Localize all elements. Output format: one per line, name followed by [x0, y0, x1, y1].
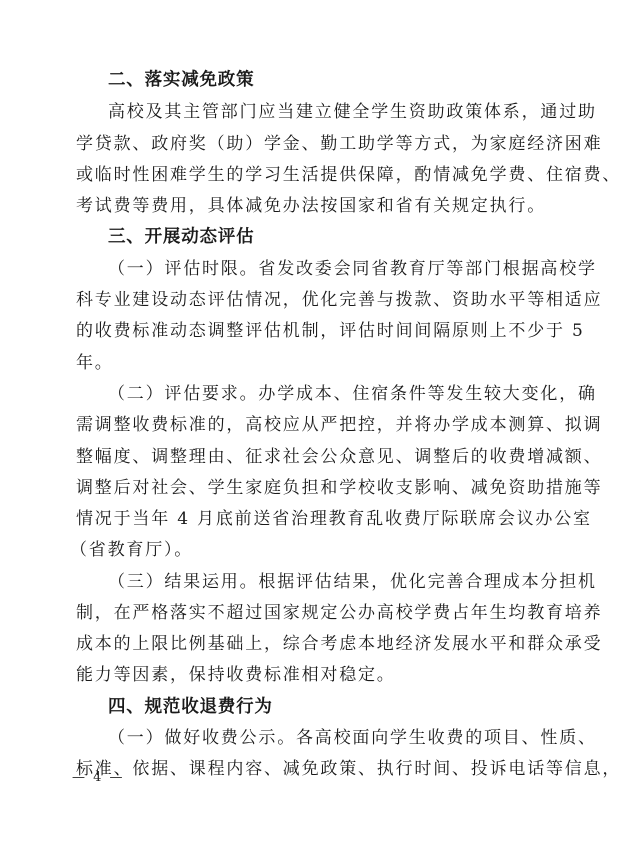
- paragraph-line: 的收费标准动态调整评估机制，评估时间间隔原则上不少于 5: [76, 318, 585, 344]
- paragraph-line: 高校及其主管部门应当建立健全学生资助政策体系，通过助: [108, 99, 597, 125]
- paragraph-line: 年。: [76, 350, 114, 376]
- paragraph-line: 成本的上限比例基础上，综合考虑本地经济发展水平和群众承受: [76, 631, 602, 657]
- paragraph-line: 标准、依据、课程内容、减免政策、执行时间、投诉电话等信息，: [76, 756, 621, 782]
- paragraph-line: （省教育厅）。: [70, 537, 193, 563]
- section-heading: 三、开展动态评估: [108, 224, 254, 250]
- paragraph-line: 能力等因素，保持收费标准相对稳定。: [76, 662, 396, 688]
- page-number: — 4 —: [72, 770, 125, 785]
- paragraph-line: （一）评估时限。省发改委会同省教育厅等部门根据高校学: [108, 256, 597, 282]
- paragraph-line: 学贷款、政府奖（助）学金、勤工助学等方式，为家庭经济困难: [76, 131, 602, 157]
- section-heading: 四、规范收退费行为: [108, 694, 273, 720]
- paragraph-line: 调整后对社会、学生家庭负担和学校收支影响、减免资助措施等: [76, 475, 602, 501]
- paragraph-line: （一）做好收费公示。各高校面向学生收费的项目、性质、: [108, 725, 597, 751]
- paragraph-line: （二）评估要求。办学成本、住宿条件等发生较大变化，确: [108, 381, 597, 407]
- paragraph-line: 整幅度、调整理由、征求社会公众意见、调整后的收费增减额、: [76, 444, 602, 470]
- paragraph-line: 考试费等费用，具体减免办法按国家和省有关规定执行。: [76, 193, 546, 219]
- section-heading: 二、落实减免政策: [108, 67, 254, 93]
- paragraph-line: （三）结果运用。根据评估结果，优化完善合理成本分担机: [108, 569, 597, 595]
- paragraph-line: 情况于当年 4 月底前送省治理教育乱收费厅际联席会议办公室: [76, 506, 592, 532]
- paragraph-line: 制，在严格落实不超过国家规定公办高校学费占年生均教育培养: [76, 600, 602, 626]
- paragraph-line: 科专业建设动态评估情况，优化完善与拨款、资助水平等相适应: [76, 287, 602, 313]
- paragraph-line: 或临时性困难学生的学习生活提供保障，酌情减免学费、住宿费、: [76, 162, 621, 188]
- paragraph-line: 需调整收费标准的，高校应从严把控，并将办学成本测算、拟调: [76, 412, 602, 438]
